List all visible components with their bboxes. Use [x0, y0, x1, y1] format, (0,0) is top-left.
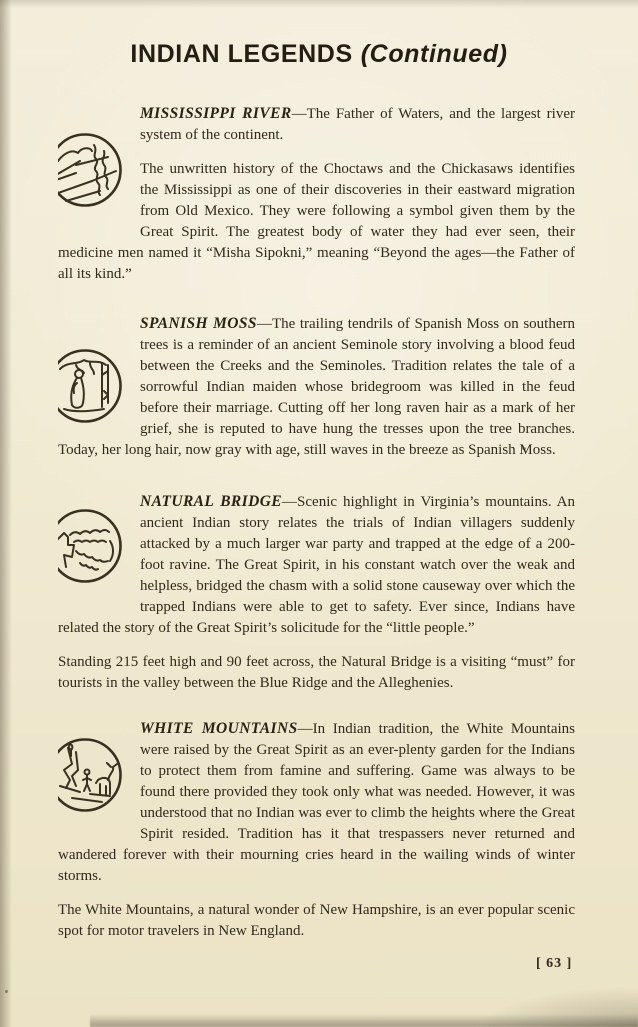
- page-title: INDIAN LEGENDS(Continued): [0, 40, 638, 69]
- stone-bridge-icon: [58, 507, 124, 585]
- page-title-main: INDIAN LEGENDS: [130, 40, 352, 68]
- indian-maiden-tree-icon: [58, 347, 124, 425]
- illustration-frame-white-mountains: [58, 718, 140, 842]
- illustration-frame-mississippi: [58, 103, 140, 239]
- scan-speck: [522, 447, 526, 450]
- book-page: INDIAN LEGENDS(Continued) MISSISSI: [0, 0, 638, 1027]
- page-title-continued: (Continued): [361, 40, 508, 68]
- section-heading: MISSISSIPPI RIVER: [140, 105, 292, 122]
- section-natural-bridge: NATURAL BRIDGE—Scenic highlight in Virgi…: [58, 491, 575, 694]
- section-heading: WHITE MOUNTAINS: [140, 720, 298, 737]
- mountains-figure-deer-icon: [58, 736, 124, 814]
- page-content: MISSISSIPPI RIVER—The Father of Waters, …: [0, 69, 638, 942]
- section-mississippi-river: MISSISSIPPI RIVER—The Father of Waters, …: [58, 103, 575, 285]
- illustration-frame-spanish-moss: [58, 313, 140, 437]
- illustration-frame-natural-bridge: [58, 491, 140, 615]
- scan-speck: [5, 990, 8, 993]
- section-spanish-moss: SPANISH MOSS—The trailing tendrils of Sp…: [58, 313, 575, 461]
- section-extra-paragraph: Standing 215 feet high and 90 feet acros…: [58, 652, 575, 694]
- page-number: [ 63 ]: [536, 956, 572, 972]
- section-heading: SPANISH MOSS: [140, 315, 257, 332]
- section-heading: NATURAL BRIDGE: [140, 493, 282, 510]
- section-white-mountains: WHITE MOUNTAINS—In Indian tradition, the…: [58, 718, 575, 942]
- paper-edge-shadow-left: [0, 0, 12, 1027]
- river-delta-map-icon: [58, 131, 124, 209]
- paper-corner-shadow: [478, 987, 638, 1027]
- section-extra-paragraph: The White Mountains, a natural wonder of…: [58, 900, 575, 942]
- paper-edge-shadow-top: [0, 0, 638, 8]
